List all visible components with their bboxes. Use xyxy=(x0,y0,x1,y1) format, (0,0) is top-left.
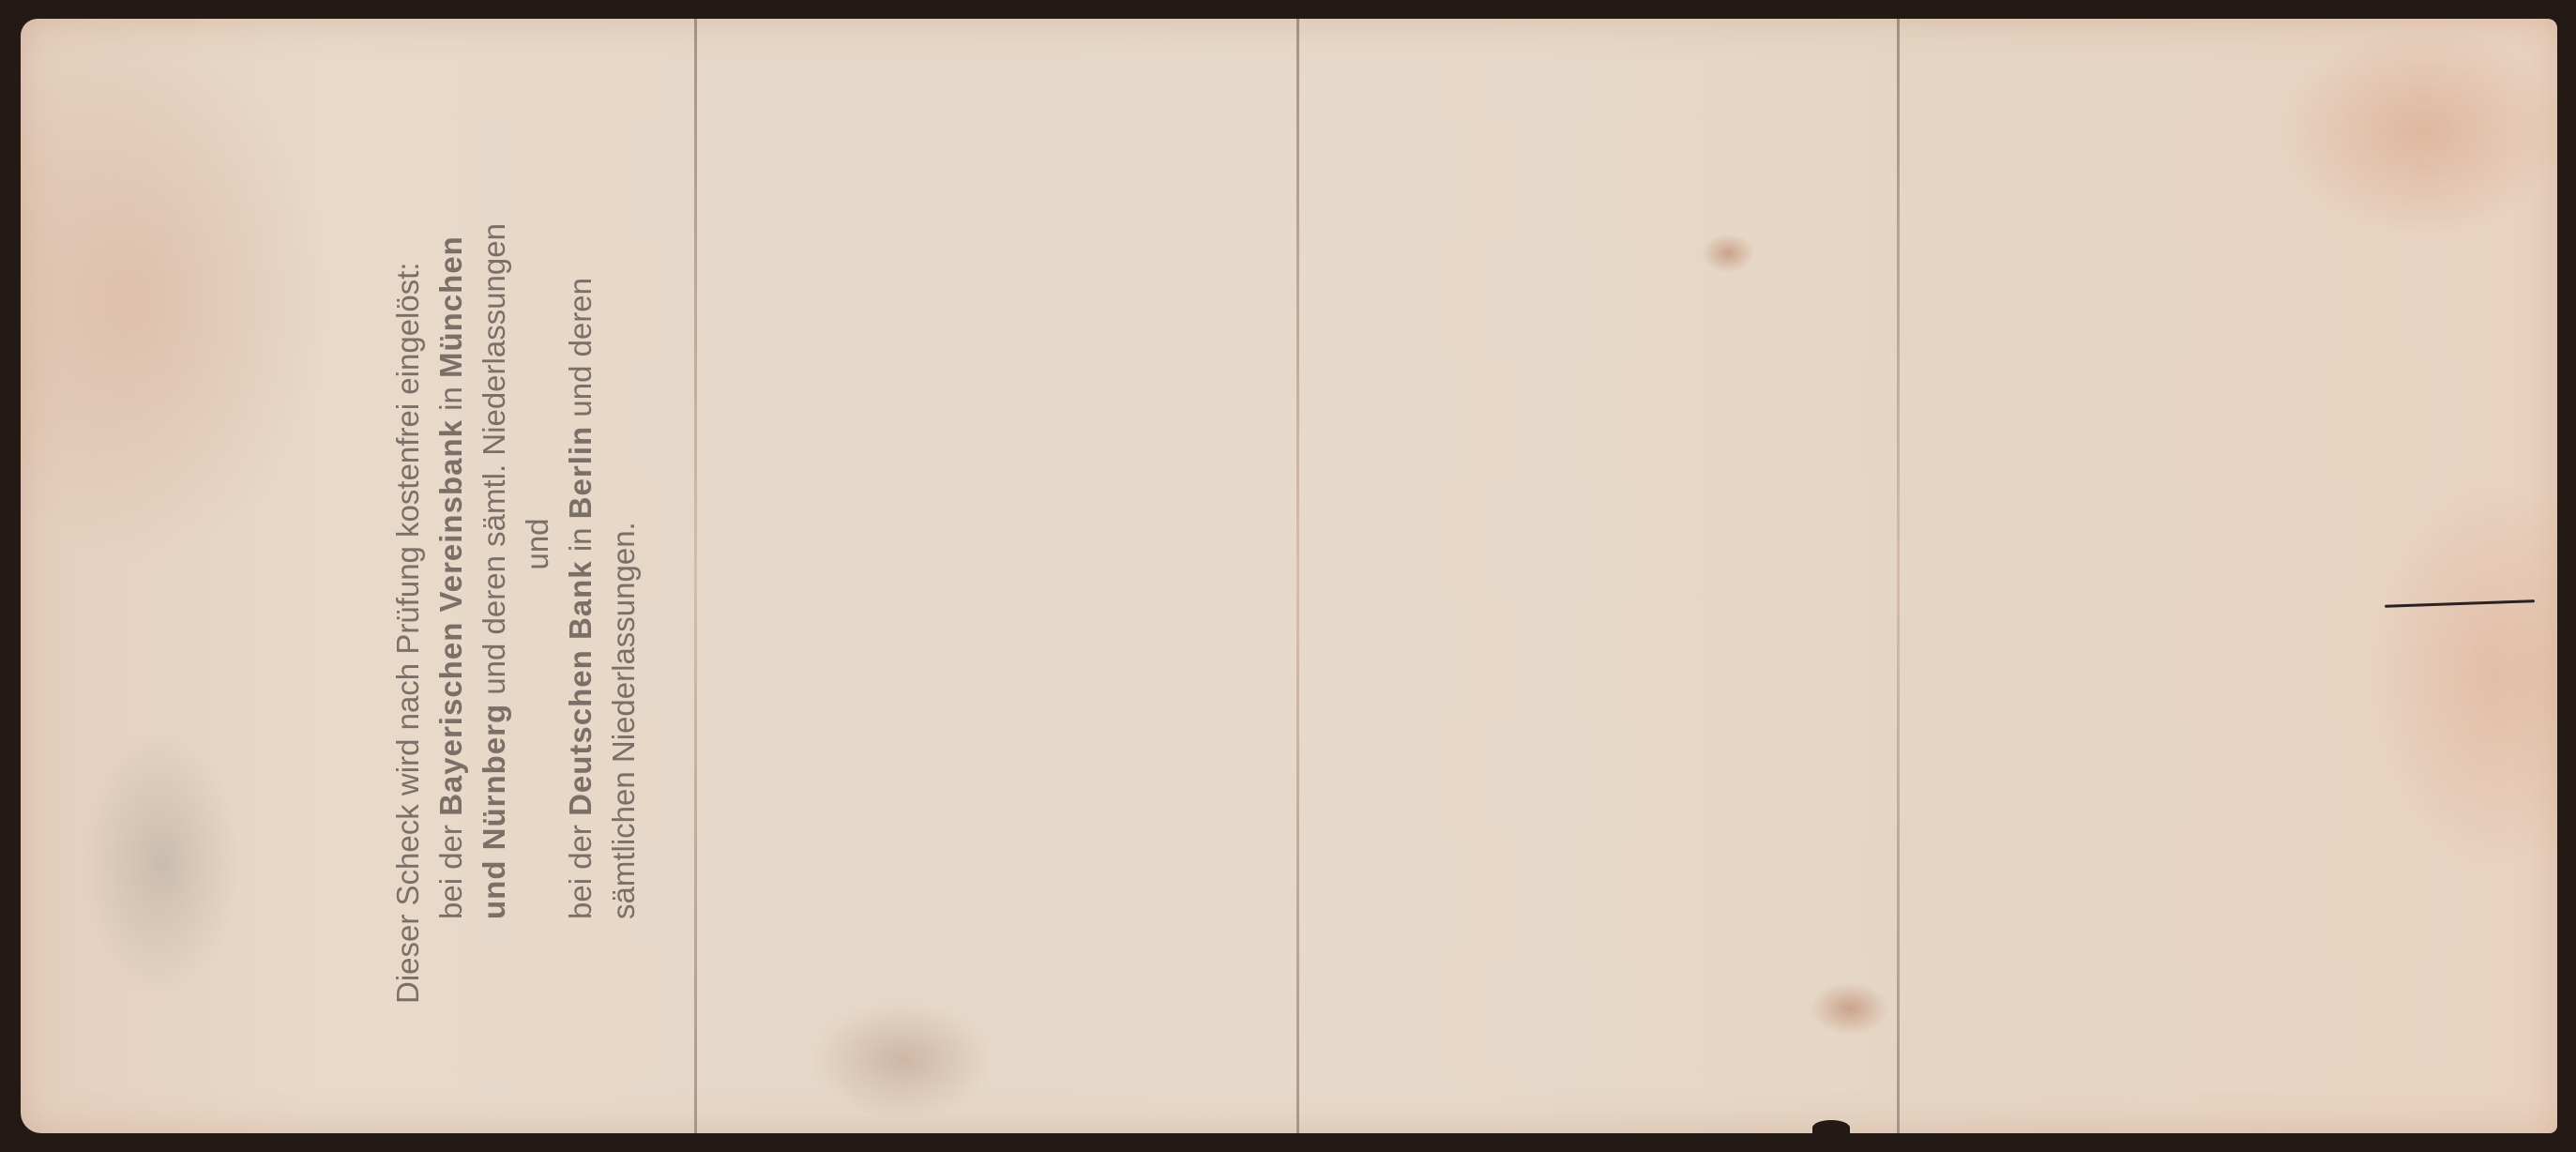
paper-tear xyxy=(2385,599,2535,608)
text-fragment: bei der xyxy=(563,816,598,919)
text-line-6: sämtlichen Niederlassungen. xyxy=(602,122,645,1004)
city-muenchen: München xyxy=(433,235,468,378)
bank-name-bayerische-vereinsbank: Bayerischen Vereinsbank xyxy=(433,419,468,816)
text-und: und xyxy=(520,518,554,569)
redemption-text-block: Dieser Scheck wird nach Prüfung kostenfr… xyxy=(386,122,687,1004)
fold-line-3 xyxy=(1897,19,1900,1133)
text-intro: Dieser Scheck wird nach Prüfung kostenfr… xyxy=(390,262,425,1004)
text-line-5: bei der Deutschen Bank in Berlin und der… xyxy=(559,122,602,1004)
city-nuernberg: Nürnberg xyxy=(477,704,511,851)
text-fragment: und deren xyxy=(563,278,598,426)
text-fragment: in xyxy=(563,519,598,560)
fold-line-2 xyxy=(1296,19,1299,1133)
text-fragment: in xyxy=(433,378,468,419)
edge-notch xyxy=(1812,1120,1850,1135)
fold-line-1 xyxy=(694,19,697,1133)
text-branches: sämtlichen Niederlassungen. xyxy=(606,522,641,919)
city-berlin: Berlin xyxy=(563,426,598,520)
cheque-paper: Dieser Scheck wird nach Prüfung kostenfr… xyxy=(21,19,2557,1133)
bank-name-deutsche-bank: Deutschen Bank xyxy=(563,560,598,816)
text-line-2: bei der Bayerischen Vereinsbank in Münch… xyxy=(430,122,473,1004)
rotated-text: Dieser Scheck wird nach Prüfung kostenfr… xyxy=(386,122,645,1004)
text-line-1: Dieser Scheck wird nach Prüfung kostenfr… xyxy=(386,122,430,1004)
text-line-4: und xyxy=(516,122,559,1004)
text-fragment: und deren sämtl. Niederlassungen xyxy=(477,223,511,704)
text-fragment: und xyxy=(477,850,511,919)
text-line-3: und Nürnberg und deren sämtl. Niederlass… xyxy=(473,122,516,1004)
text-fragment: bei der xyxy=(433,816,468,919)
